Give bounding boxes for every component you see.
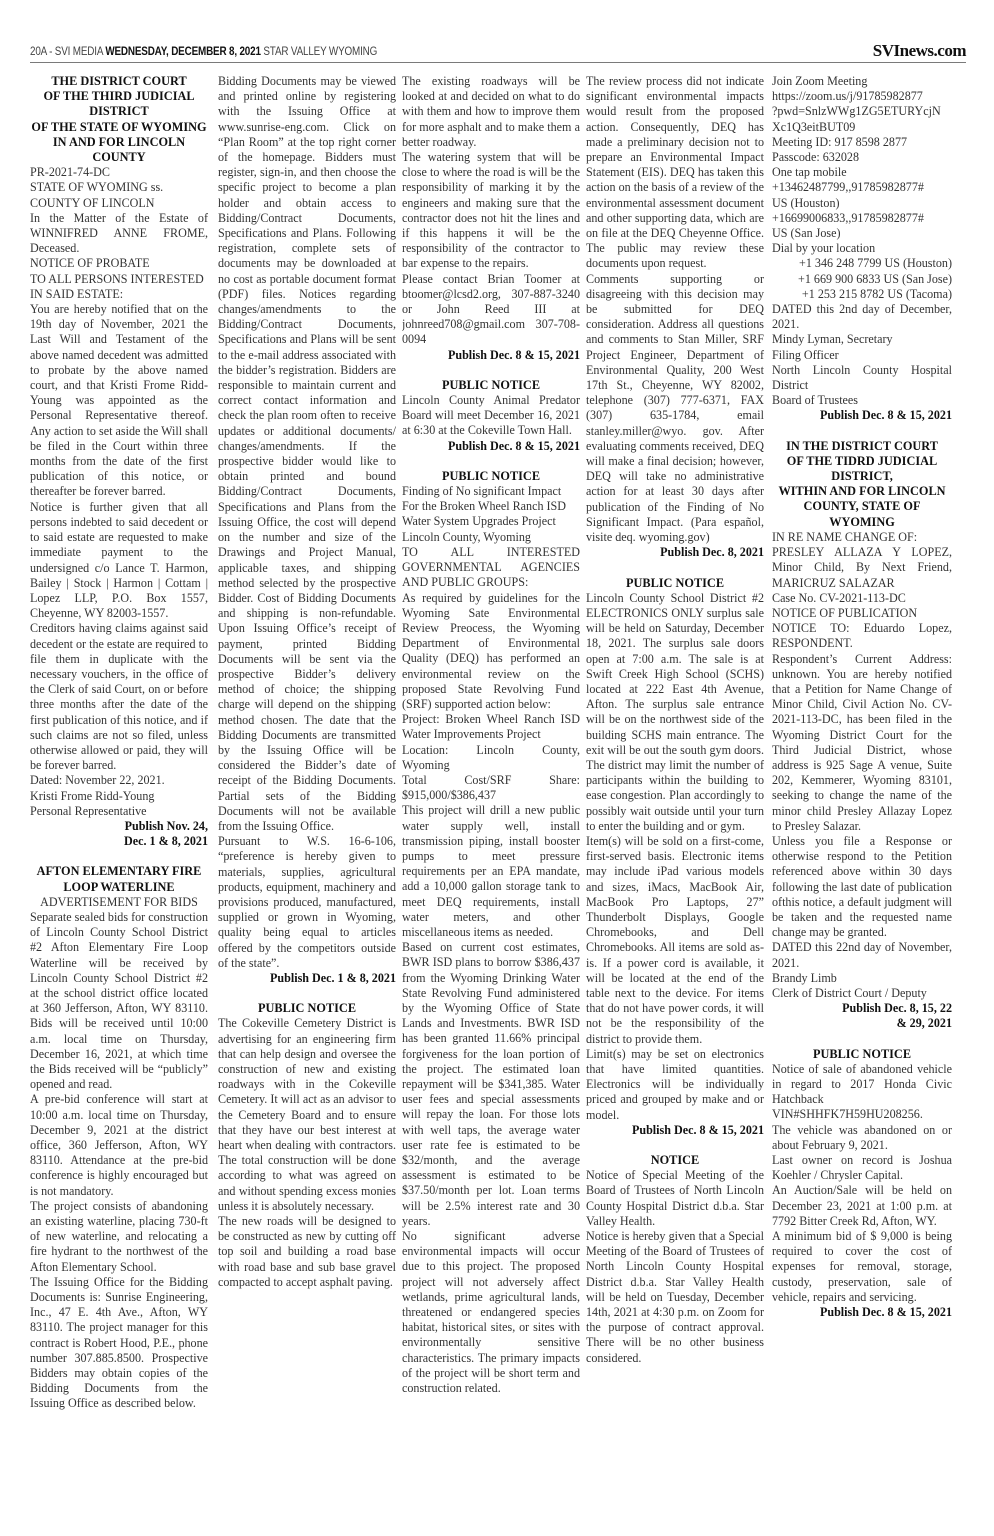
column-2: Bidding Documents may be viewed and prin…	[218, 74, 396, 1494]
legal-notices: THE DISTRICT COURT OF THE THIRD JUDICIAL…	[30, 74, 970, 1494]
case-number: Case No. CV-2021-113-DC	[772, 591, 952, 606]
notice-heading: PUBLIC NOTICE	[402, 469, 580, 484]
publish-dates: Publish Dec. 8 & 15, 2021	[586, 1123, 764, 1138]
notice-subheading: ADVERTISEMENT FOR BIDS	[30, 895, 208, 910]
column-3: The existing roadways will be looked at …	[402, 74, 580, 1494]
notice-heading: PUBLIC NOTICE	[218, 1001, 396, 1016]
notice-hospital-meeting-continued: Join Zoom Meeting https://zoom.us/j/9178…	[772, 74, 952, 424]
column-5: Join Zoom Meeting https://zoom.us/j/9178…	[772, 74, 952, 1494]
masthead: 20A - SVI MEDIA WEDNESDAY, DECEMBER 8, 2…	[30, 40, 966, 63]
publish-dates: Publish Dec. 8 & 15, 2021	[772, 408, 952, 423]
zoom-details: Join Zoom Meeting https://zoom.us/j/9178…	[772, 74, 952, 302]
notice-cokeville-cemetery-continued: The existing roadways will be looked at …	[402, 74, 580, 363]
publish-dates: Publish Dec. 8 & 15, 2021	[402, 439, 580, 454]
notice-heading: AFTON ELEMENTARY FIRE LOOP WATERLINE	[30, 864, 208, 894]
notice-fonsi-continued: The review process did not indicate sign…	[586, 74, 764, 561]
notice-name-change: IN THE DISTRICT COURT OF THE TIDRD JUDIC…	[772, 439, 952, 1032]
notice-heading: IN THE DISTRICT COURT OF THE TIDRD JUDIC…	[772, 439, 952, 530]
notice-surplus-sale: PUBLIC NOTICE Lincoln County School Dist…	[586, 576, 764, 1139]
notice-cokeville-cemetery: PUBLIC NOTICE The Cokeville Cemetery Dis…	[218, 1001, 396, 1290]
region: STAR VALLEY WYOMING	[263, 46, 377, 58]
meeting-id: Meeting ID: 917 8598 2877	[772, 135, 952, 150]
notice-heading: NOTICE	[586, 1153, 764, 1168]
notice-fonsi: PUBLIC NOTICE Finding of No significant …	[402, 469, 580, 1396]
publish-dates: Publish Dec. 8, 15, 22 & 29, 2021	[772, 1001, 952, 1031]
afton-bids-issuing-office: The Issuing Office for the Bidding Docum…	[30, 1275, 208, 1412]
case-number: PR-2021-74-DC	[30, 165, 208, 180]
masthead-info: 20A - SVI MEDIA WEDNESDAY, DECEMBER 8, 2…	[30, 46, 377, 58]
page-section: 20A - SVI MEDIA	[30, 46, 103, 58]
notice-heading: PUBLIC NOTICE	[402, 378, 580, 393]
notice-probate: THE DISTRICT COURT OF THE THIRD JUDICIAL…	[30, 74, 208, 849]
notice-predator-board: PUBLIC NOTICE Lincoln County Animal Pred…	[402, 378, 580, 454]
publish-dates: Publish Dec. 1 & 8, 2021	[218, 971, 396, 986]
publish-dates: Publish Dec. 8 & 15, 2021	[402, 348, 580, 363]
notice-hospital-meeting: NOTICE Notice of Special Meeting of the …	[586, 1153, 764, 1366]
notice-afton-bids-continued: Bidding Documents may be viewed and prin…	[218, 74, 396, 986]
publish-dates: Publish Nov. 24, Dec. 1 & 8, 2021	[30, 819, 208, 849]
zoom-link[interactable]: https://zoom.us/j/91785982877	[772, 89, 952, 104]
notice-heading: PUBLIC NOTICE	[772, 1047, 952, 1062]
contact-info: Please contact Brian Toomer at btoomer@l…	[402, 272, 580, 348]
issue-date: WEDNESDAY, DECEMBER 8, 2021	[105, 46, 260, 58]
passcode: Passcode: 632028	[772, 150, 952, 165]
notice-heading: THE DISTRICT COURT OF THE THIRD JUDICIAL…	[30, 74, 208, 165]
publish-dates: Publish Dec. 8, 2021	[586, 545, 764, 560]
site-name: SVInews.com	[873, 41, 966, 61]
notice-abandoned-vehicle: PUBLIC NOTICE Notice of sale of abandone…	[772, 1047, 952, 1321]
column-1: THE DISTRICT COURT OF THE THIRD JUDICIAL…	[30, 74, 208, 1494]
notice-afton-bids: AFTON ELEMENTARY FIRE LOOP WATERLINE ADV…	[30, 864, 208, 1411]
publish-dates: Publish Dec. 8 & 15, 2021	[772, 1305, 952, 1320]
notice-heading: PUBLIC NOTICE	[586, 576, 764, 591]
column-4: The review process did not indicate sign…	[586, 74, 764, 1494]
